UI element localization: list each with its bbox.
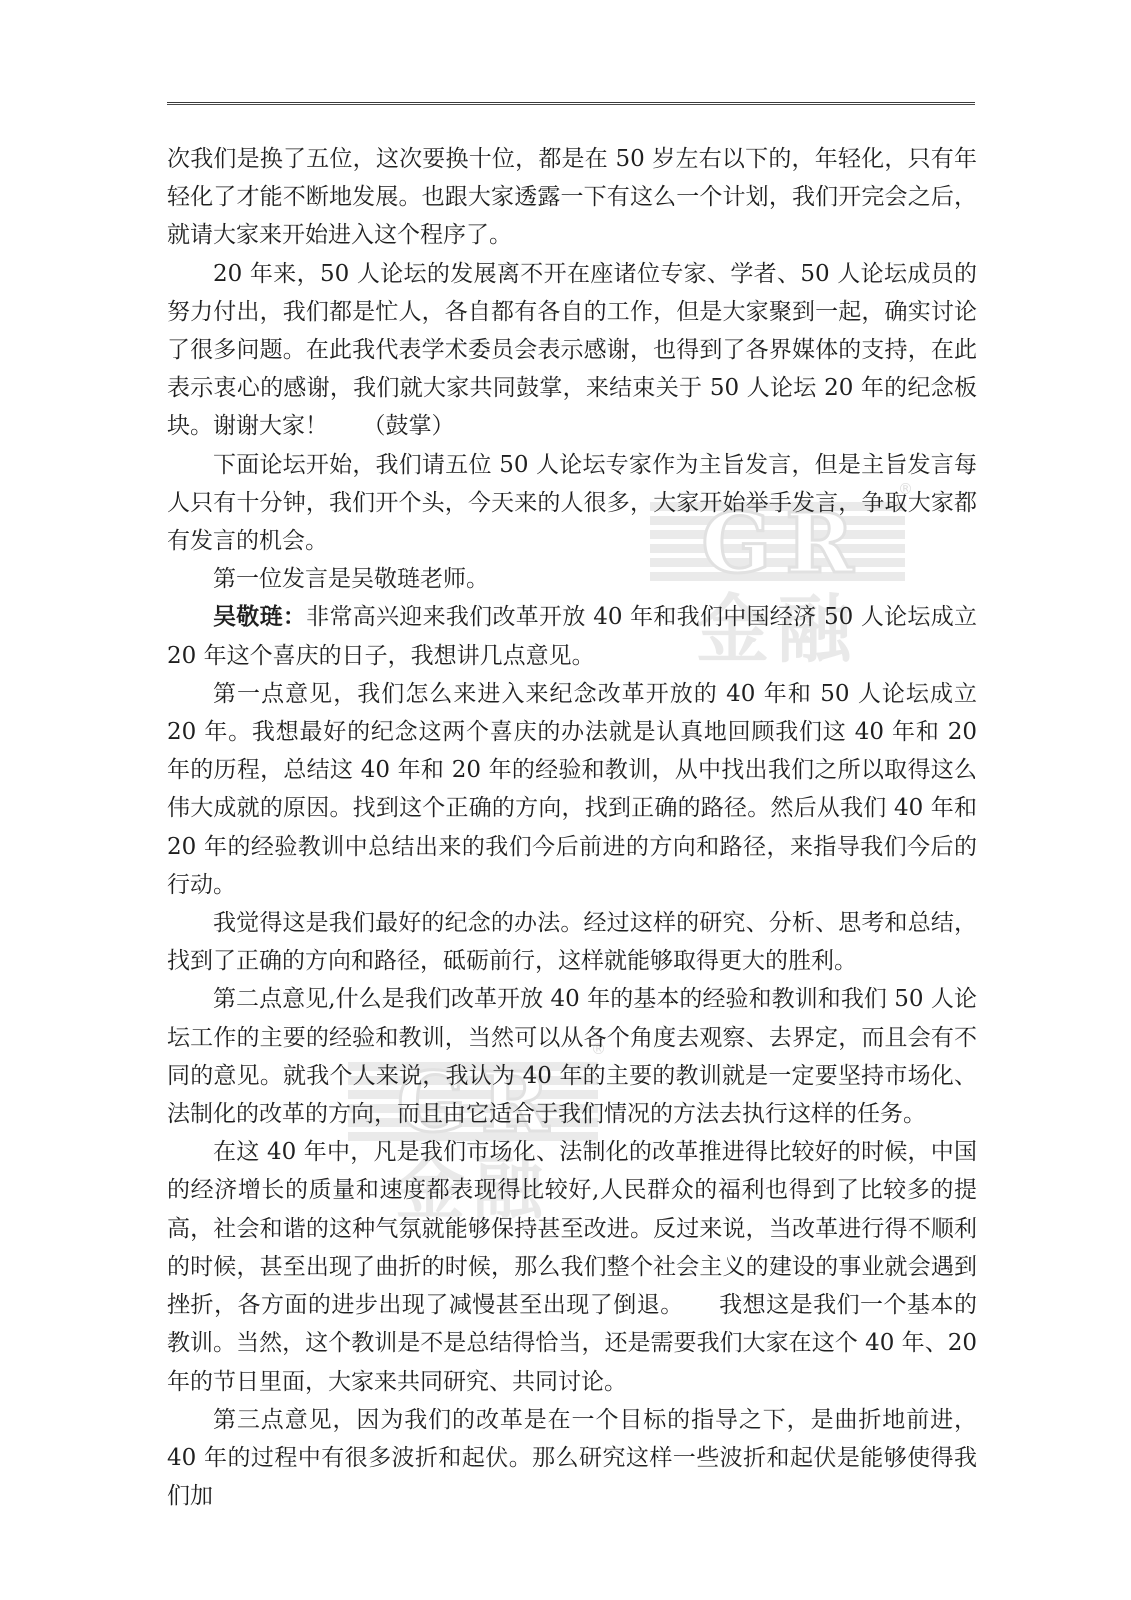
document-page: GR ® 金融 GR ® 金融 次我们是换了五位，这次要换十位，都是在 50 岁… [0,0,1131,1600]
paragraph: 我觉得这是我们最好的纪念的办法。经过这样的研究、分析、思考和总结，找到了正确的方… [167,904,977,980]
document-body: 次我们是换了五位，这次要换十位，都是在 50 岁左右以下的，年轻化，只有年轻化了… [167,140,977,1515]
paragraph: 第二点意见,什么是我们改革开放 40 年的基本的经验和教训和我们 50 人论坛工… [167,980,977,1133]
paragraph: 第三点意见，因为我们的改革是在一个目标的指导之下，是曲折地前进，40 年的过程中… [167,1401,977,1516]
speaker-name: 吴敬琏： [213,603,306,630]
paragraph: 次我们是换了五位，这次要换十位，都是在 50 岁左右以下的，年轻化，只有年轻化了… [167,140,977,255]
paragraph: 第一点意见，我们怎么来进入来纪念改革开放的 40 年和 50 人论坛成立 20 … [167,675,977,904]
paragraph: 在这 40 年中，凡是我们市场化、法制化的改革推进得比较好的时候，中国的经济增长… [167,1133,977,1400]
paragraph: 第一位发言是吴敬琏老师。 [167,560,977,598]
speech-paragraph: 吴敬琏：非常高兴迎来我们改革开放 40 年和我们中国经济 50 人论坛成立 20… [167,598,977,674]
paragraph: 20 年来，50 人论坛的发展离不开在座诸位专家、学者、50 人论坛成员的努力付… [167,255,977,446]
header-rule [167,102,975,105]
paragraph: 下面论坛开始，我们请五位 50 人论坛专家作为主旨发言，但是主旨发言每人只有十分… [167,446,977,561]
